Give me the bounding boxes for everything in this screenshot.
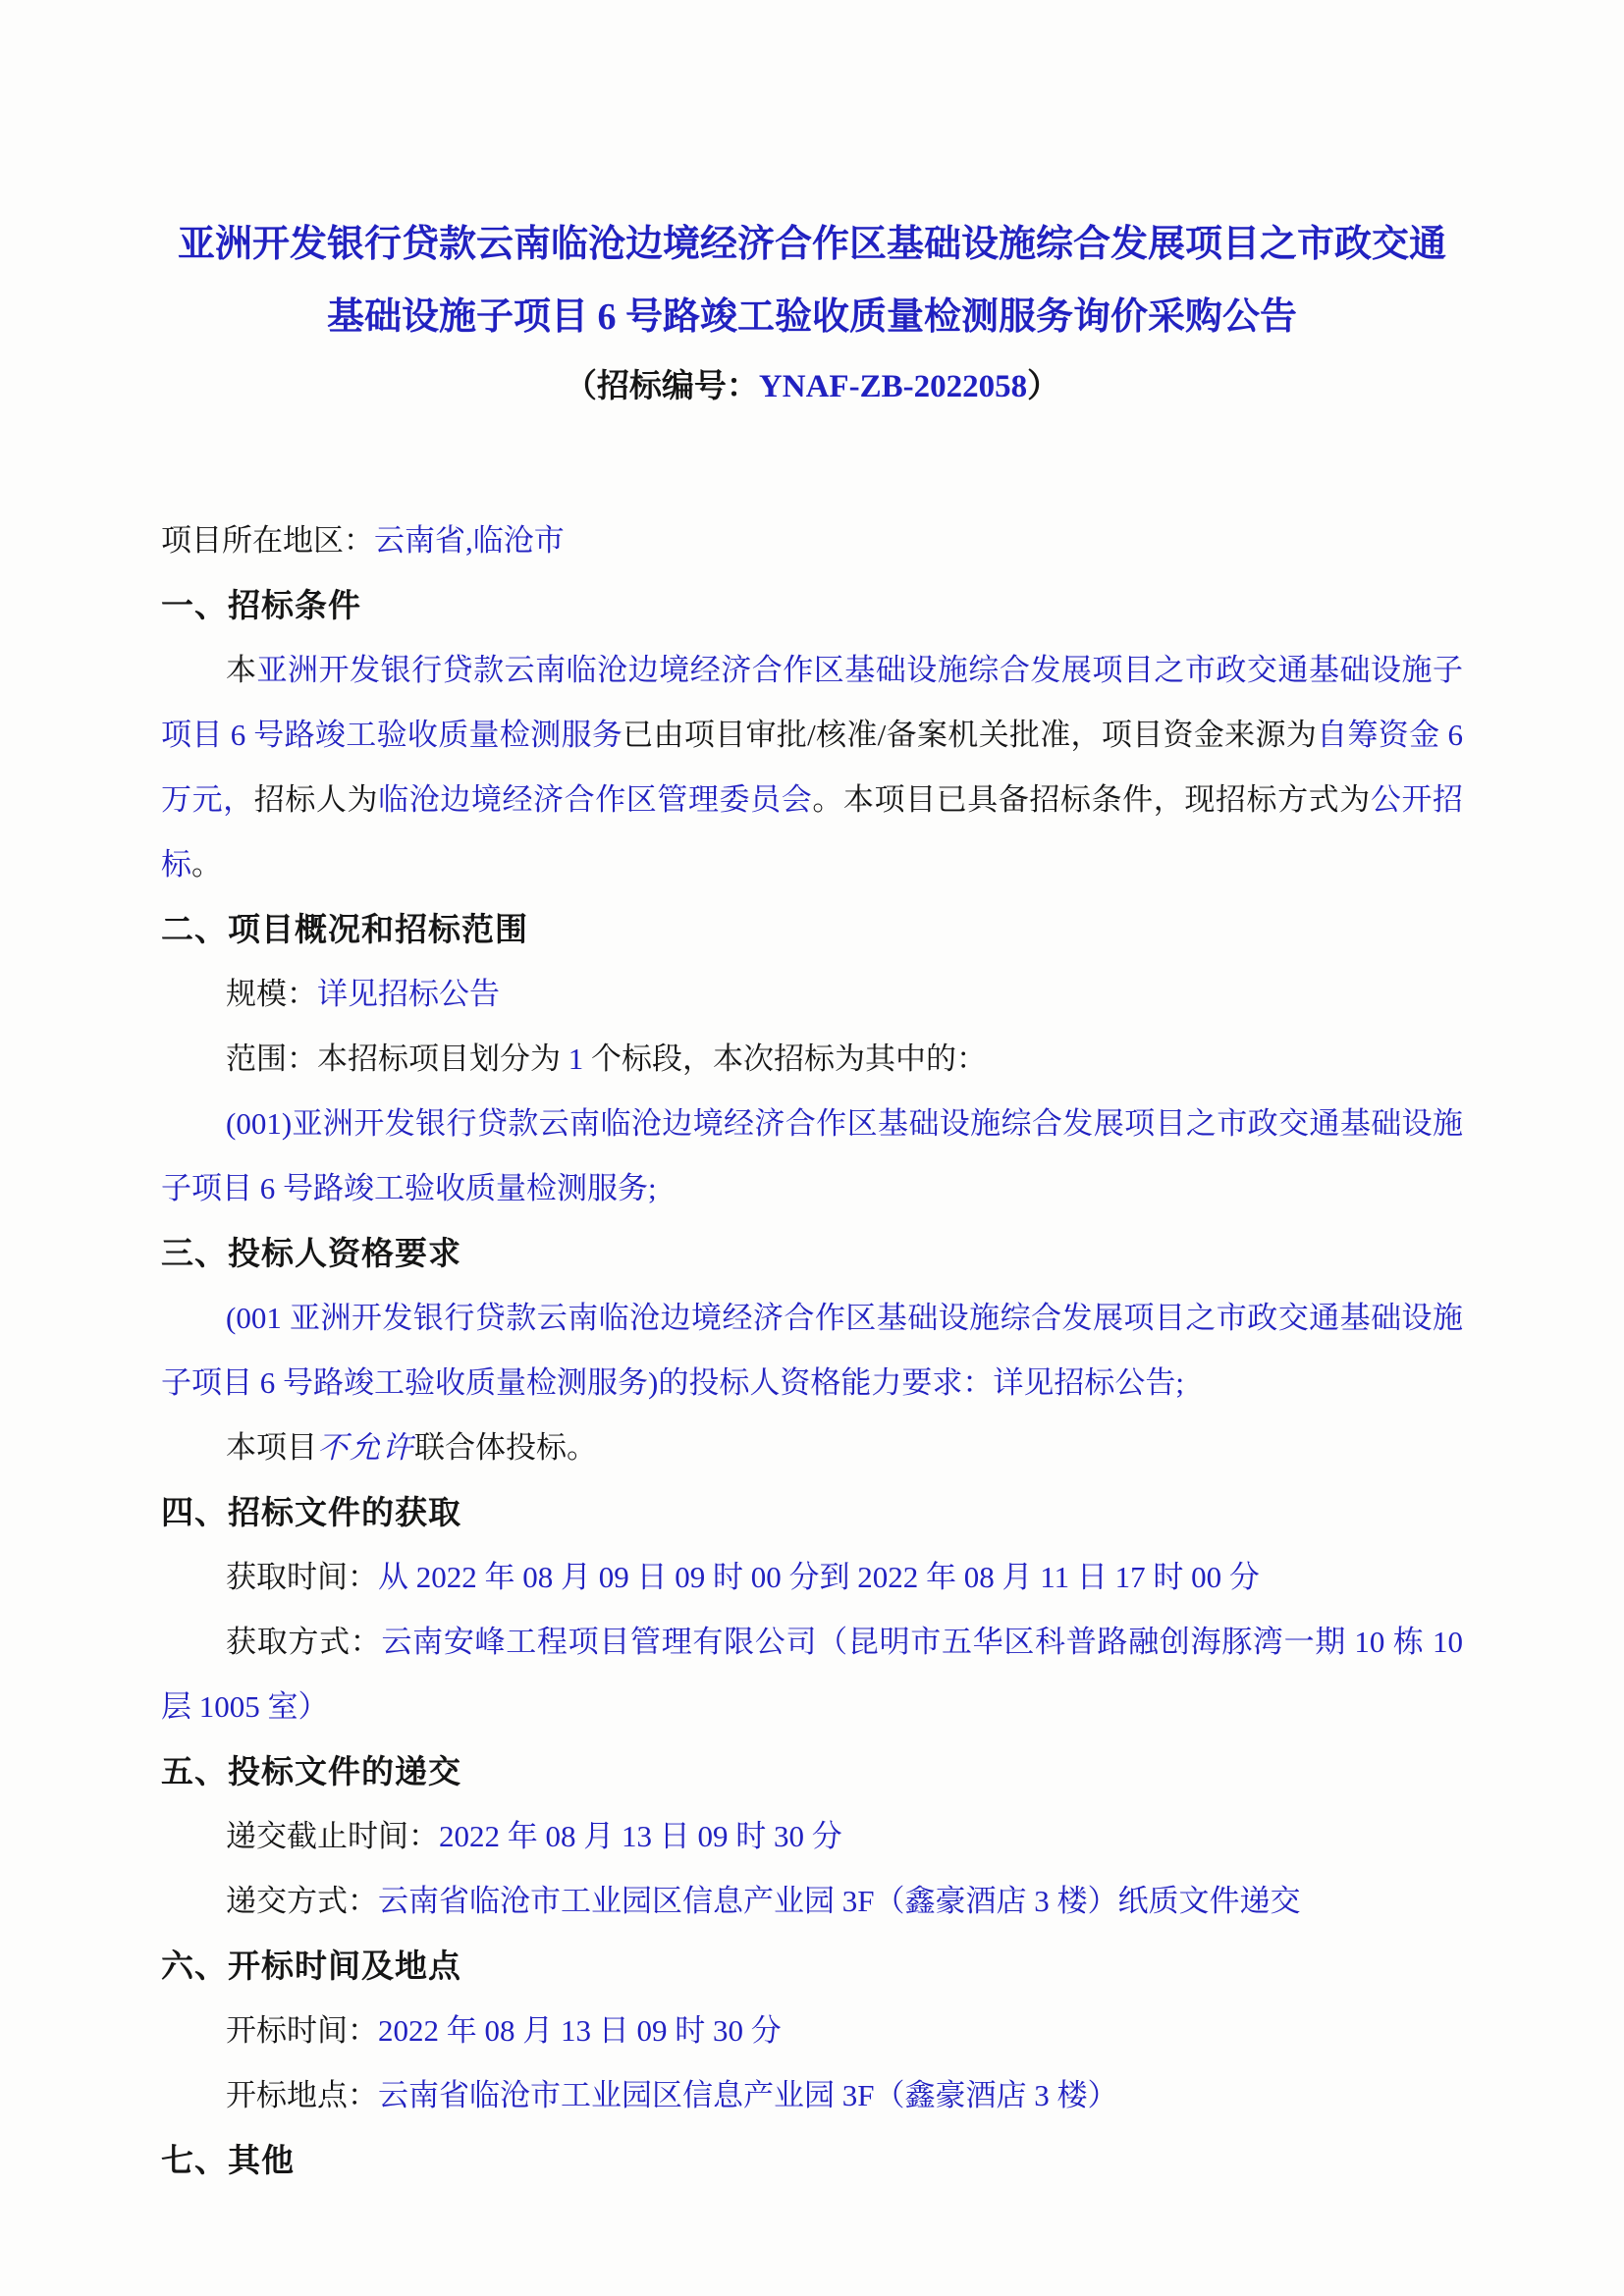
section-1-paragraph: 本亚洲开发银行贷款云南临沧边境经济合作区基础设施综合发展项目之市政交通基础设施子…	[161, 638, 1463, 897]
text-segment: 云南省,临沧市	[374, 523, 565, 558]
heading-section-4: 四、招标文件的获取	[161, 1480, 1463, 1545]
scope-line: 范围：本招标项目划分为 1 个标段，本次招标为其中的：	[161, 1027, 1463, 1092]
opening-place-line: 开标地点：云南省临沧市工业园区信息产业园 3F（鑫豪酒店 3 楼）	[161, 2063, 1463, 2128]
scale-line: 规模：详见招标公告	[161, 962, 1463, 1027]
lot-001-line: (001)亚洲开发银行贷款云南临沧边境经济合作区基础设施综合发展项目之市政交通基…	[161, 1092, 1463, 1221]
text-segment: 一、招标条件	[161, 587, 361, 623]
text-segment: 四、招标文件的获取	[161, 1494, 461, 1530]
tender-number-label-open: （招标编号：	[565, 369, 759, 404]
text-segment: 开标地点：	[226, 2078, 378, 2112]
text-segment: 临沧边境经济合作区管理委员会	[378, 782, 812, 817]
heading-section-2: 二、项目概况和招标范围	[161, 897, 1463, 962]
heading-section-6: 六、开标时间及地点	[161, 1934, 1463, 1999]
text-segment: 范围：本招标项目划分为	[226, 1041, 568, 1076]
text-segment: 七、其他	[161, 2142, 295, 2178]
text-segment: 本	[226, 653, 257, 687]
text-segment: 从 2022 年 08 月 09 日 09 时 00 分到 2022 年 08 …	[378, 1560, 1260, 1594]
text-segment: 1	[568, 1041, 584, 1076]
heading-section-7: 七、其他	[161, 2128, 1463, 2193]
heading-section-3: 三、投标人资格要求	[161, 1221, 1463, 1286]
obtain-method-line: 获取方式：云南安峰工程项目管理有限公司（昆明市五华区科普路融创海豚湾一期 10 …	[161, 1610, 1463, 1739]
heading-section-1: 一、招标条件	[161, 573, 1463, 638]
qualification-line: (001 亚洲开发银行贷款云南临沧边境经济合作区基础设施综合发展项目之市政交通基…	[161, 1286, 1463, 1415]
document-title-line1: 亚洲开发银行贷款云南临沧边境经济合作区基础设施综合发展项目之市政交通	[161, 208, 1463, 281]
text-segment: 本项目	[226, 1430, 317, 1465]
text-segment: 二、项目概况和招标范围	[161, 911, 528, 947]
document-page: 亚洲开发银行贷款云南临沧边境经济合作区基础设施综合发展项目之市政交通 基础设施子…	[0, 0, 1624, 2296]
document-body: 项目所在地区：云南省,临沧市一、招标条件本亚洲开发银行贷款云南临沧边境经济合作区…	[161, 508, 1463, 2193]
tender-number-line: （招标编号：YNAF-ZB-2022058）	[161, 355, 1463, 418]
text-segment: 五、投标文件的递交	[161, 1753, 461, 1789]
text-segment: (001)亚洲开发银行贷款云南临沧边境经济合作区基础设施综合发展项目之市政交通基…	[161, 1106, 1463, 1205]
document-title-line2: 基础设施子项目 6 号路竣工验收质量检测服务询价采购公告	[161, 281, 1463, 353]
consortium-line: 本项目不允许联合体投标。	[161, 1415, 1463, 1480]
heading-section-5: 五、投标文件的递交	[161, 1739, 1463, 1804]
text-segment: 2022 年 08 月 13 日 09 时 30 分	[378, 2013, 782, 2048]
text-segment: 招标人为	[254, 782, 378, 817]
document-title: 亚洲开发银行贷款云南临沧边境经济合作区基础设施综合发展项目之市政交通 基础设施子…	[161, 208, 1463, 353]
opening-time-line: 开标时间：2022 年 08 月 13 日 09 时 30 分	[161, 1999, 1463, 2063]
document-inner: 亚洲开发银行贷款云南临沧边境经济合作区基础设施综合发展项目之市政交通 基础设施子…	[0, 0, 1624, 2193]
submission-deadline-line: 递交截止时间：2022 年 08 月 13 日 09 时 30 分	[161, 1804, 1463, 1869]
text-segment: 开标时间：	[226, 2013, 378, 2048]
text-segment: 云南省临沧市工业园区信息产业园 3F（鑫豪酒店 3 楼）	[378, 2078, 1118, 2112]
tender-number-label-close: ）	[1027, 369, 1059, 404]
text-segment: 联合体投标。	[414, 1430, 597, 1465]
text-segment: 递交方式：	[226, 1884, 378, 1918]
text-segment: 2022 年 08 月 13 日 09 时 30 分	[439, 1819, 842, 1853]
obtain-time-line: 获取时间：从 2022 年 08 月 09 日 09 时 00 分到 2022 …	[161, 1545, 1463, 1610]
text-segment: 。	[191, 847, 222, 881]
text-segment: 三、投标人资格要求	[161, 1235, 461, 1271]
text-segment: 递交截止时间：	[226, 1819, 439, 1853]
text-segment: 云南省临沧市工业园区信息产业园 3F（鑫豪酒店 3 楼）纸质文件递交	[378, 1884, 1301, 1918]
text-segment: 项目所在地区：	[161, 523, 374, 558]
text-segment: 已由项目审批/核准/备案机关批准，项目资金来源为	[623, 718, 1317, 752]
text-segment: 六、开标时间及地点	[161, 1948, 461, 1984]
text-segment: 详见招标公告	[317, 977, 500, 1011]
text-segment: 规模：	[226, 977, 317, 1011]
submission-method-line: 递交方式：云南省临沧市工业园区信息产业园 3F（鑫豪酒店 3 楼）纸质文件递交	[161, 1869, 1463, 1934]
text-segment: 。本项目已具备招标条件，现招标方式为	[812, 782, 1371, 817]
text-segment: 不允许	[317, 1430, 414, 1465]
text-segment: 个标段，本次招标为其中的：	[583, 1041, 987, 1076]
project-location-line: 项目所在地区：云南省,临沧市	[161, 508, 1463, 573]
text-segment: (001 亚洲开发银行贷款云南临沧边境经济合作区基础设施综合发展项目之市政交通基…	[161, 1301, 1463, 1400]
text-segment: 获取时间：	[226, 1560, 378, 1594]
text-segment: 获取方式：	[226, 1625, 381, 1659]
tender-number-value: YNAF-ZB-2022058	[759, 369, 1027, 404]
